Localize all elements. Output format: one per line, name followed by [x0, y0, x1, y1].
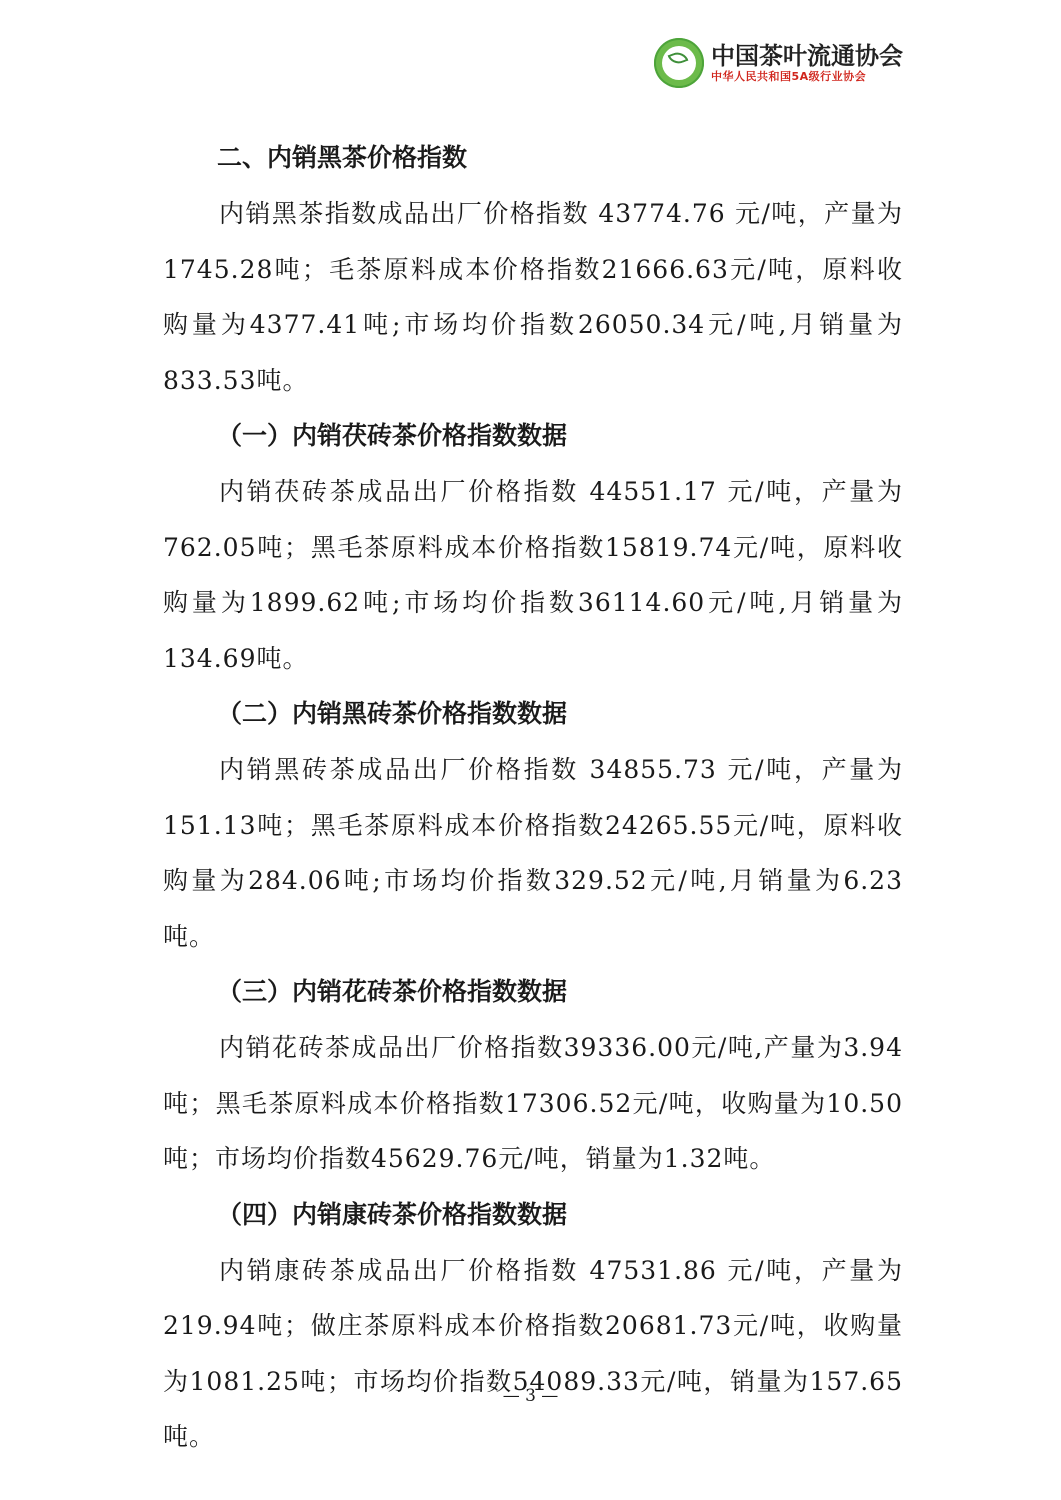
section-intro-paragraph: 内销黑茶指数成品出厂价格指数 43774.76 元/吨，产量为1745.28吨；… [163, 186, 903, 408]
subsection-body-heizhuan: 内销黑砖茶成品出厂价格指数 34855.73 元/吨，产量为151.13吨；黑毛… [163, 742, 903, 964]
subsection-body-huazhuan: 内销花砖茶成品出厂价格指数39336.00元/吨,产量为3.94吨；黑毛茶原料成… [163, 1020, 903, 1187]
subsection-title-fuzhuan: （一）内销茯砖茶价格指数数据 [163, 408, 903, 464]
org-subtitle: 中华人民共和国5A级行业协会 [711, 70, 903, 84]
org-logo: 中国茶叶流通协会 中华人民共和国5A级行业协会 [654, 38, 914, 88]
section-title: 二、内销黑茶价格指数 [163, 130, 903, 186]
tea-leaf-logo-icon [654, 38, 704, 88]
org-name-block: 中国茶叶流通协会 中华人民共和国5A级行业协会 [711, 42, 903, 84]
subsection-title-huazhuan: （三）内销花砖茶价格指数数据 [163, 964, 903, 1020]
page-number: — 3 — [0, 1386, 1061, 1406]
org-name: 中国茶叶流通协会 [711, 42, 903, 70]
document-body: 二、内销黑茶价格指数 内销黑茶指数成品出厂价格指数 43774.76 元/吨，产… [163, 130, 903, 1465]
subsection-title-kangzhuan: （四）内销康砖茶价格指数数据 [163, 1187, 903, 1243]
subsection-body-kangzhuan: 内销康砖茶成品出厂价格指数 47531.86 元/吨，产量为219.94吨；做庄… [163, 1243, 903, 1465]
subsection-body-fuzhuan: 内销茯砖茶成品出厂价格指数 44551.17 元/吨，产量为762.05吨；黑毛… [163, 464, 903, 686]
subsection-title-heizhuan: （二）内销黑砖茶价格指数数据 [163, 686, 903, 742]
